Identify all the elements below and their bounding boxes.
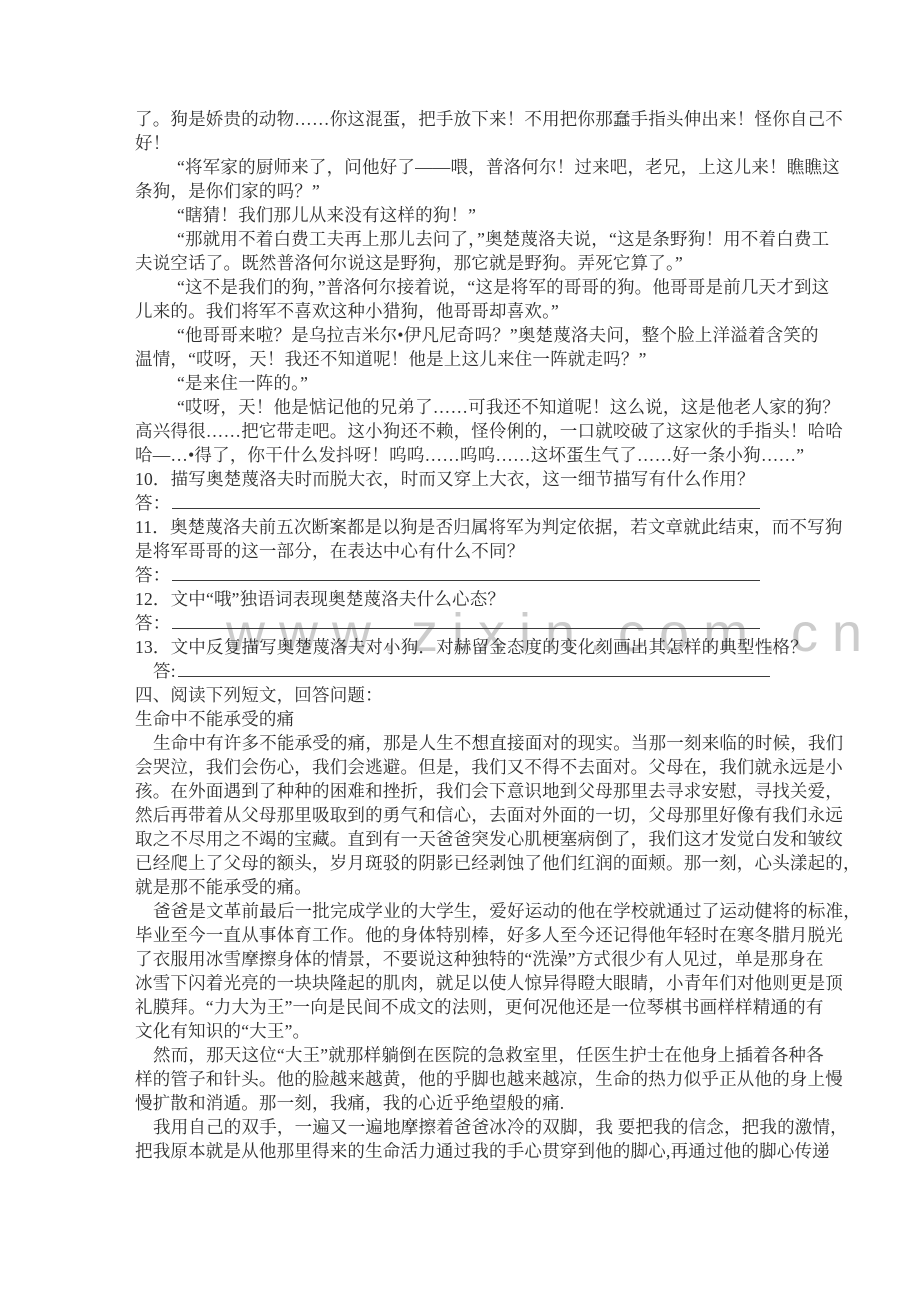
text-line: 我用自己的双手，一遍又一遍地摩擦着爸爸冰冷的双脚，我 要把我的信念，把我的激情， <box>135 1115 795 1139</box>
text-line: 已经爬上了父母的额头，岁月斑驳的阴影已经剥蚀了他们红润的面颊。那一刻，心头漾起的… <box>135 851 795 875</box>
line-text: 11．奥楚蔑洛夫前五次断案都是以狗是否归属将军为判定依据，若文章就此结束，而不写… <box>135 517 843 537</box>
answer-blank <box>178 660 770 677</box>
line-text: “哎呀，天！他是惦记他的兄弟了……可我还不知道呢！这么说，这是他老人家的狗？ <box>177 397 840 417</box>
line-text: 12．文中“哦”独语词表现奥楚蔑洛夫什么心态？ <box>135 589 505 609</box>
text-line: 温情，“哎呀，天！我还不知道呢！他是上这儿来住一阵就走吗？” <box>135 347 795 371</box>
text-line: 慢扩散和消遁。那一刻，我痛，我的心近乎绝望般的痛. <box>135 1091 795 1115</box>
text-line: 然而，那天这位“大王”就那样躺倒在医院的急救室里，任医生护士在他身上插着各种各 <box>135 1043 795 1067</box>
line-text: 了。狗是娇贵的动物……你这混蛋，把手放下来！不用把你那蠢手指头伸出来！怪你自己不 <box>135 109 843 129</box>
text-line: 四、阅读下列短文，回答问题： <box>135 683 795 707</box>
line-text: 生命中有许多不能承受的痛，那是人生不想直接面对的现实。当那一刻来临的时候，我们 <box>153 733 843 753</box>
line-text: 文化有知识的“大王”。 <box>135 1021 310 1041</box>
text-line: “那就用不着白费工夫再上那儿去问了，”奥楚蔑洛夫说，“这是条野狗！用不着白费工 <box>135 227 795 251</box>
line-text: 把我原本就是从他那里得来的生命活力通过我的手心贯穿到他的脚心,再通过他的脚心传递 <box>135 1141 830 1161</box>
line-text: 13．文中反复描写奥楚蔑洛夫对小狗．对赫留金态度的变化刻画出其怎样的典型性格？ <box>135 637 808 657</box>
text-line: 儿来的。我们将军不喜欢这种小猎狗，他哥哥却喜欢。” <box>135 299 795 323</box>
text-line: 把我原本就是从他那里得来的生命活力通过我的手心贯穿到他的脚心,再通过他的脚心传递 <box>135 1139 795 1163</box>
answer-line: 答： <box>135 491 795 515</box>
line-text: 会哭泣，我们会伤心，我们会逃避。但是，我们又不得不去面对。父母在，我们就永远是小 <box>135 757 843 777</box>
text-line: 了衣服用冰雪摩擦身体的情景，不要说这种独特的“洗澡”方式很少有人见过，单是那身在 <box>135 947 795 971</box>
text-line: 10．描写奥楚蔑洛夫时而脱大衣，时而又穿上大衣，这一细节描写有什么作用？ <box>135 467 795 491</box>
line-text: 答： <box>135 613 170 633</box>
line-text: 答： <box>135 493 170 513</box>
line-text: 夫说空话了。既然普洛何尔说这是野狗，那它就是野狗。弄死它算了。” <box>135 253 683 273</box>
text-line: “将军家的厨师来了，问他好了——喂，普洛何尔！过来吧，老兄，上这儿来！瞧瞧这 <box>135 155 795 179</box>
line-text: “那就用不着白费工夫再上那儿去问了，”奥楚蔑洛夫说，“这是条野狗！用不着白费工 <box>177 229 829 249</box>
line-text: 然而，那天这位“大王”就那样躺倒在医院的急救室里，任医生护士在他身上插着各种各 <box>153 1045 824 1065</box>
text-line: 条狗，是你们家的吗？” <box>135 179 795 203</box>
answer-blank <box>172 492 760 509</box>
line-text: 冰雪下闪着光亮的一块块隆起的肌肉，就足以使人惊异得瞪大眼睛，小青年们对他则更是顶 <box>135 973 843 993</box>
line-text: 条狗，是你们家的吗？” <box>135 181 320 201</box>
line-text: 10．描写奥楚蔑洛夫时而脱大衣，时而又穿上大衣，这一细节描写有什么作用？ <box>135 469 755 489</box>
text-line: 文化有知识的“大王”。 <box>135 1019 795 1043</box>
text-line: 高兴得很……把它带走吧。这小狗还不赖，怪伶俐的，一口就咬破了这家伙的手指头！哈哈 <box>135 419 795 443</box>
text-line: 然后再带着从父母那里吸取到的勇气和信心，去面对外面的一切，父母那里好像有我们永远 <box>135 803 795 827</box>
line-text: “将军家的厨师来了，问他好了——喂，普洛何尔！过来吧，老兄，上这儿来！瞧瞧这 <box>177 157 840 177</box>
text-line: “这不是我们的狗，”普洛何尔接着说，“这是将军的哥哥的狗。他哥哥是前几天才到这 <box>135 275 795 299</box>
line-text: 好！ <box>135 133 170 153</box>
text-line: 哈—…•得了，你干什么发抖呀！呜呜……呜呜……这坏蛋生气了……好一条小狗……” <box>135 443 795 467</box>
line-text: “他哥哥来啦？是乌拉吉米尔•伊凡尼奇吗？”奥楚蔑洛夫问，整个脸上洋溢着含笑的 <box>177 325 819 345</box>
line-text: 爸爸是文革前最后一批完成学业的大学生，爱好运动的他在学校就通过了运动健将的标准， <box>153 901 861 921</box>
text-line: 生命中不能承受的痛 <box>135 707 795 731</box>
line-text: 高兴得很……把它带走吧。这小狗还不赖，怪伶俐的，一口就咬破了这家伙的手指头！哈哈 <box>135 421 843 441</box>
text-line: 孩。在外面遇到了种种的困难和挫折，我们会下意识地到父母那里去寻求安慰，寻找关爱， <box>135 779 795 803</box>
text-line: 11．奥楚蔑洛夫前五次断案都是以狗是否归属将军为判定依据，若文章就此结束，而不写… <box>135 515 795 539</box>
text-line: 生命中有许多不能承受的痛，那是人生不想直接面对的现实。当那一刻来临的时候，我们 <box>135 731 795 755</box>
text-line: 爸爸是文革前最后一批完成学业的大学生，爱好运动的他在学校就通过了运动健将的标准， <box>135 899 795 923</box>
text-line: 12．文中“哦”独语词表现奥楚蔑洛夫什么心态？ <box>135 587 795 611</box>
line-text: 四、阅读下列短文，回答问题： <box>135 685 383 705</box>
line-text: 是将军哥哥的这一部分，在表达中心有什么不同？ <box>135 541 524 561</box>
line-text: “这不是我们的狗，”普洛何尔接着说，“这是将军的哥哥的狗。他哥哥是前几天才到这 <box>177 277 829 297</box>
text-line: “瞎猜！我们那儿从来没有这样的狗！” <box>135 203 795 227</box>
document-page: www.zixin.com.cn 了。狗是娇贵的动物……你这混蛋，把手放下来！不… <box>0 0 920 1302</box>
text-line: 13．文中反复描写奥楚蔑洛夫对小狗．对赫留金态度的变化刻画出其怎样的典型性格？ <box>135 635 795 659</box>
text-line: “是来住一阵的。” <box>135 371 795 395</box>
text-line: 夫说空话了。既然普洛何尔说这是野狗，那它就是野狗。弄死它算了。” <box>135 251 795 275</box>
text-line: “他哥哥来啦？是乌拉吉米尔•伊凡尼奇吗？”奥楚蔑洛夫问，整个脸上洋溢着含笑的 <box>135 323 795 347</box>
text-line: 冰雪下闪着光亮的一块块隆起的肌肉，就足以使人惊异得瞪大眼睛，小青年们对他则更是顶 <box>135 971 795 995</box>
line-text: 慢扩散和消遁。那一刻，我痛，我的心近乎绝望般的痛. <box>135 1093 564 1113</box>
line-text: 哈—…•得了，你干什么发抖呀！呜呜……呜呜……这坏蛋生气了……好一条小狗……” <box>135 445 804 465</box>
text-line: 样的管子和针头。他的脸越来越黄，他的乎脚也越来越凉，生命的热力似乎正从他的身上慢 <box>135 1067 795 1091</box>
answer-line: 答: <box>135 659 795 683</box>
line-text: 温情，“哎呀，天！我还不知道呢！他是上这儿来住一阵就走吗？” <box>135 349 647 369</box>
line-text: 已经爬上了父母的额头，岁月斑驳的阴影已经剥蚀了他们红润的面颊。那一刻，心头漾起的… <box>135 853 861 873</box>
line-text: 样的管子和针头。他的脸越来越黄，他的乎脚也越来越凉，生命的热力似乎正从他的身上慢 <box>135 1069 843 1089</box>
text-line: “哎呀，天！他是惦记他的兄弟了……可我还不知道呢！这么说，这是他老人家的狗？ <box>135 395 795 419</box>
answer-line: 答： <box>135 611 795 635</box>
line-text: “瞎猜！我们那儿从来没有这样的狗！” <box>177 205 476 225</box>
text-line: 毕业至今一直从事体育工作。他的身体特别棒，好多人至今还记得他年轻时在寒冬腊月脱光 <box>135 923 795 947</box>
line-text: 就是那不能承受的痛。 <box>135 877 312 897</box>
line-text: 生命中不能承受的痛 <box>135 709 294 729</box>
line-text: 然后再带着从父母那里吸取到的勇气和信心，去面对外面的一切，父母那里好像有我们永远 <box>135 805 843 825</box>
line-text: 儿来的。我们将军不喜欢这种小猎狗，他哥哥却喜欢。” <box>135 301 559 321</box>
text-line: 就是那不能承受的痛。 <box>135 875 795 899</box>
line-text: 答： <box>135 565 170 585</box>
line-text: “是来住一阵的。” <box>177 373 308 393</box>
document-lines: 了。狗是娇贵的动物……你这混蛋，把手放下来！不用把你那蠢手指头伸出来！怪你自己不… <box>135 107 795 1163</box>
line-text: 毕业至今一直从事体育工作。他的身体特别棒，好多人至今还记得他年轻时在寒冬腊月脱光 <box>135 925 843 945</box>
line-text: 了衣服用冰雪摩擦身体的情景，不要说这种独特的“洗澡”方式很少有人见过，单是那身在 <box>135 949 824 969</box>
line-text: 答: <box>153 661 176 681</box>
line-text: 孩。在外面遇到了种种的困难和挫折，我们会下意识地到父母那里去寻求安慰，寻找关爱， <box>135 781 843 801</box>
answer-blank <box>172 612 760 629</box>
line-text: 取之不尽用之不竭的宝藏。直到有一天爸爸突发心肌梗塞病倒了，我们这才发觉白发和皱纹 <box>135 829 843 849</box>
answer-blank <box>172 564 760 581</box>
answer-line: 答： <box>135 563 795 587</box>
text-line: 会哭泣，我们会伤心，我们会逃避。但是，我们又不得不去面对。父母在，我们就永远是小 <box>135 755 795 779</box>
text-line: 是将军哥哥的这一部分，在表达中心有什么不同？ <box>135 539 795 563</box>
text-line: 取之不尽用之不竭的宝藏。直到有一天爸爸突发心肌梗塞病倒了，我们这才发觉白发和皱纹 <box>135 827 795 851</box>
text-line: 好！ <box>135 131 795 155</box>
line-text: 我用自己的双手，一遍又一遍地摩擦着爸爸冰冷的双脚，我 要把我的信念，把我的激情， <box>153 1117 848 1137</box>
text-line: 礼膜拜。“力大为王”一向是民间不成文的法则，更何况他还是一位琴棋书画样样精通的有 <box>135 995 795 1019</box>
text-line: 了。狗是娇贵的动物……你这混蛋，把手放下来！不用把你那蠢手指头伸出来！怪你自己不 <box>135 107 795 131</box>
line-text: 礼膜拜。“力大为王”一向是民间不成文的法则，更何况他还是一位琴棋书画样样精通的有 <box>135 997 824 1017</box>
